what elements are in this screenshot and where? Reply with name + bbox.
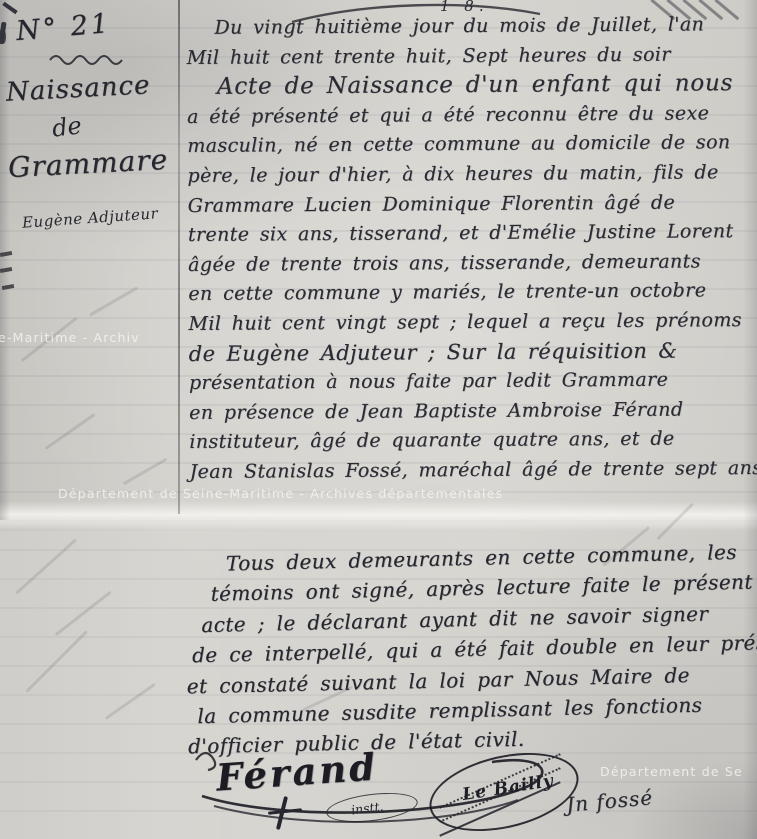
closing-text-block: Tous deux demeurants en cette commune, l… [184, 537, 755, 763]
act-line: Mil huit cent vingt sept ; lequel a reçu… [188, 306, 754, 340]
act-line: instituteur, âgé de quarante quatre ans,… [189, 424, 755, 458]
act-line: Grammare Lucien Dominique Florentin âgé … [188, 188, 754, 222]
archive-watermark: Département de Se [600, 764, 757, 779]
act-text-block: Du vingt huitième jour du mois de Juille… [186, 10, 755, 487]
act-line: en cette commune y mariés, le trente-un … [188, 276, 754, 310]
act-line: Acte de Naissance d'un enfant qui nous [187, 69, 753, 103]
flourish-underline [48, 50, 138, 66]
archive-watermark: Département de Seine-Maritime - Archives… [58, 486, 698, 501]
scanned-birth-record-page: Département de Seine-Maritime - Archives… [0, 0, 757, 839]
ink-smudge [0, 30, 6, 44]
act-line: de Eugène Adjuteur ; Sur la réquisition … [189, 336, 755, 370]
scan-seam [0, 501, 757, 531]
act-line: père, le jour d'hier, à dix heures du ma… [187, 158, 753, 192]
act-line: âgée de trente trois ans, tisserande, de… [188, 247, 754, 281]
archive-watermark: e-Maritime - Archiv [0, 330, 170, 345]
signature-ferand-note: instt. [350, 799, 384, 818]
signature-mayor-block: Le Bailly [428, 756, 580, 828]
act-line: masculin, né en cette commune au domicil… [187, 128, 753, 162]
act-line: Du vingt huitième jour du mois de Juille… [186, 10, 752, 44]
act-line: Mil huit cent trente huit, Sept heures d… [187, 40, 753, 74]
act-line: présentation à nous faite par ledit Gram… [189, 365, 755, 399]
act-line: en présence de Jean Baptiste Ambroise Fé… [189, 395, 755, 429]
margin-title-de: de [50, 111, 83, 142]
act-line: Jean Stanislas Fossé, maréchal âgé de tr… [189, 454, 755, 488]
margin-rule [178, 0, 180, 514]
act-line: a été présenté et qui a été reconnu être… [187, 99, 753, 133]
act-line: trente six ans, tisserand, et d'Emélie J… [188, 217, 754, 251]
